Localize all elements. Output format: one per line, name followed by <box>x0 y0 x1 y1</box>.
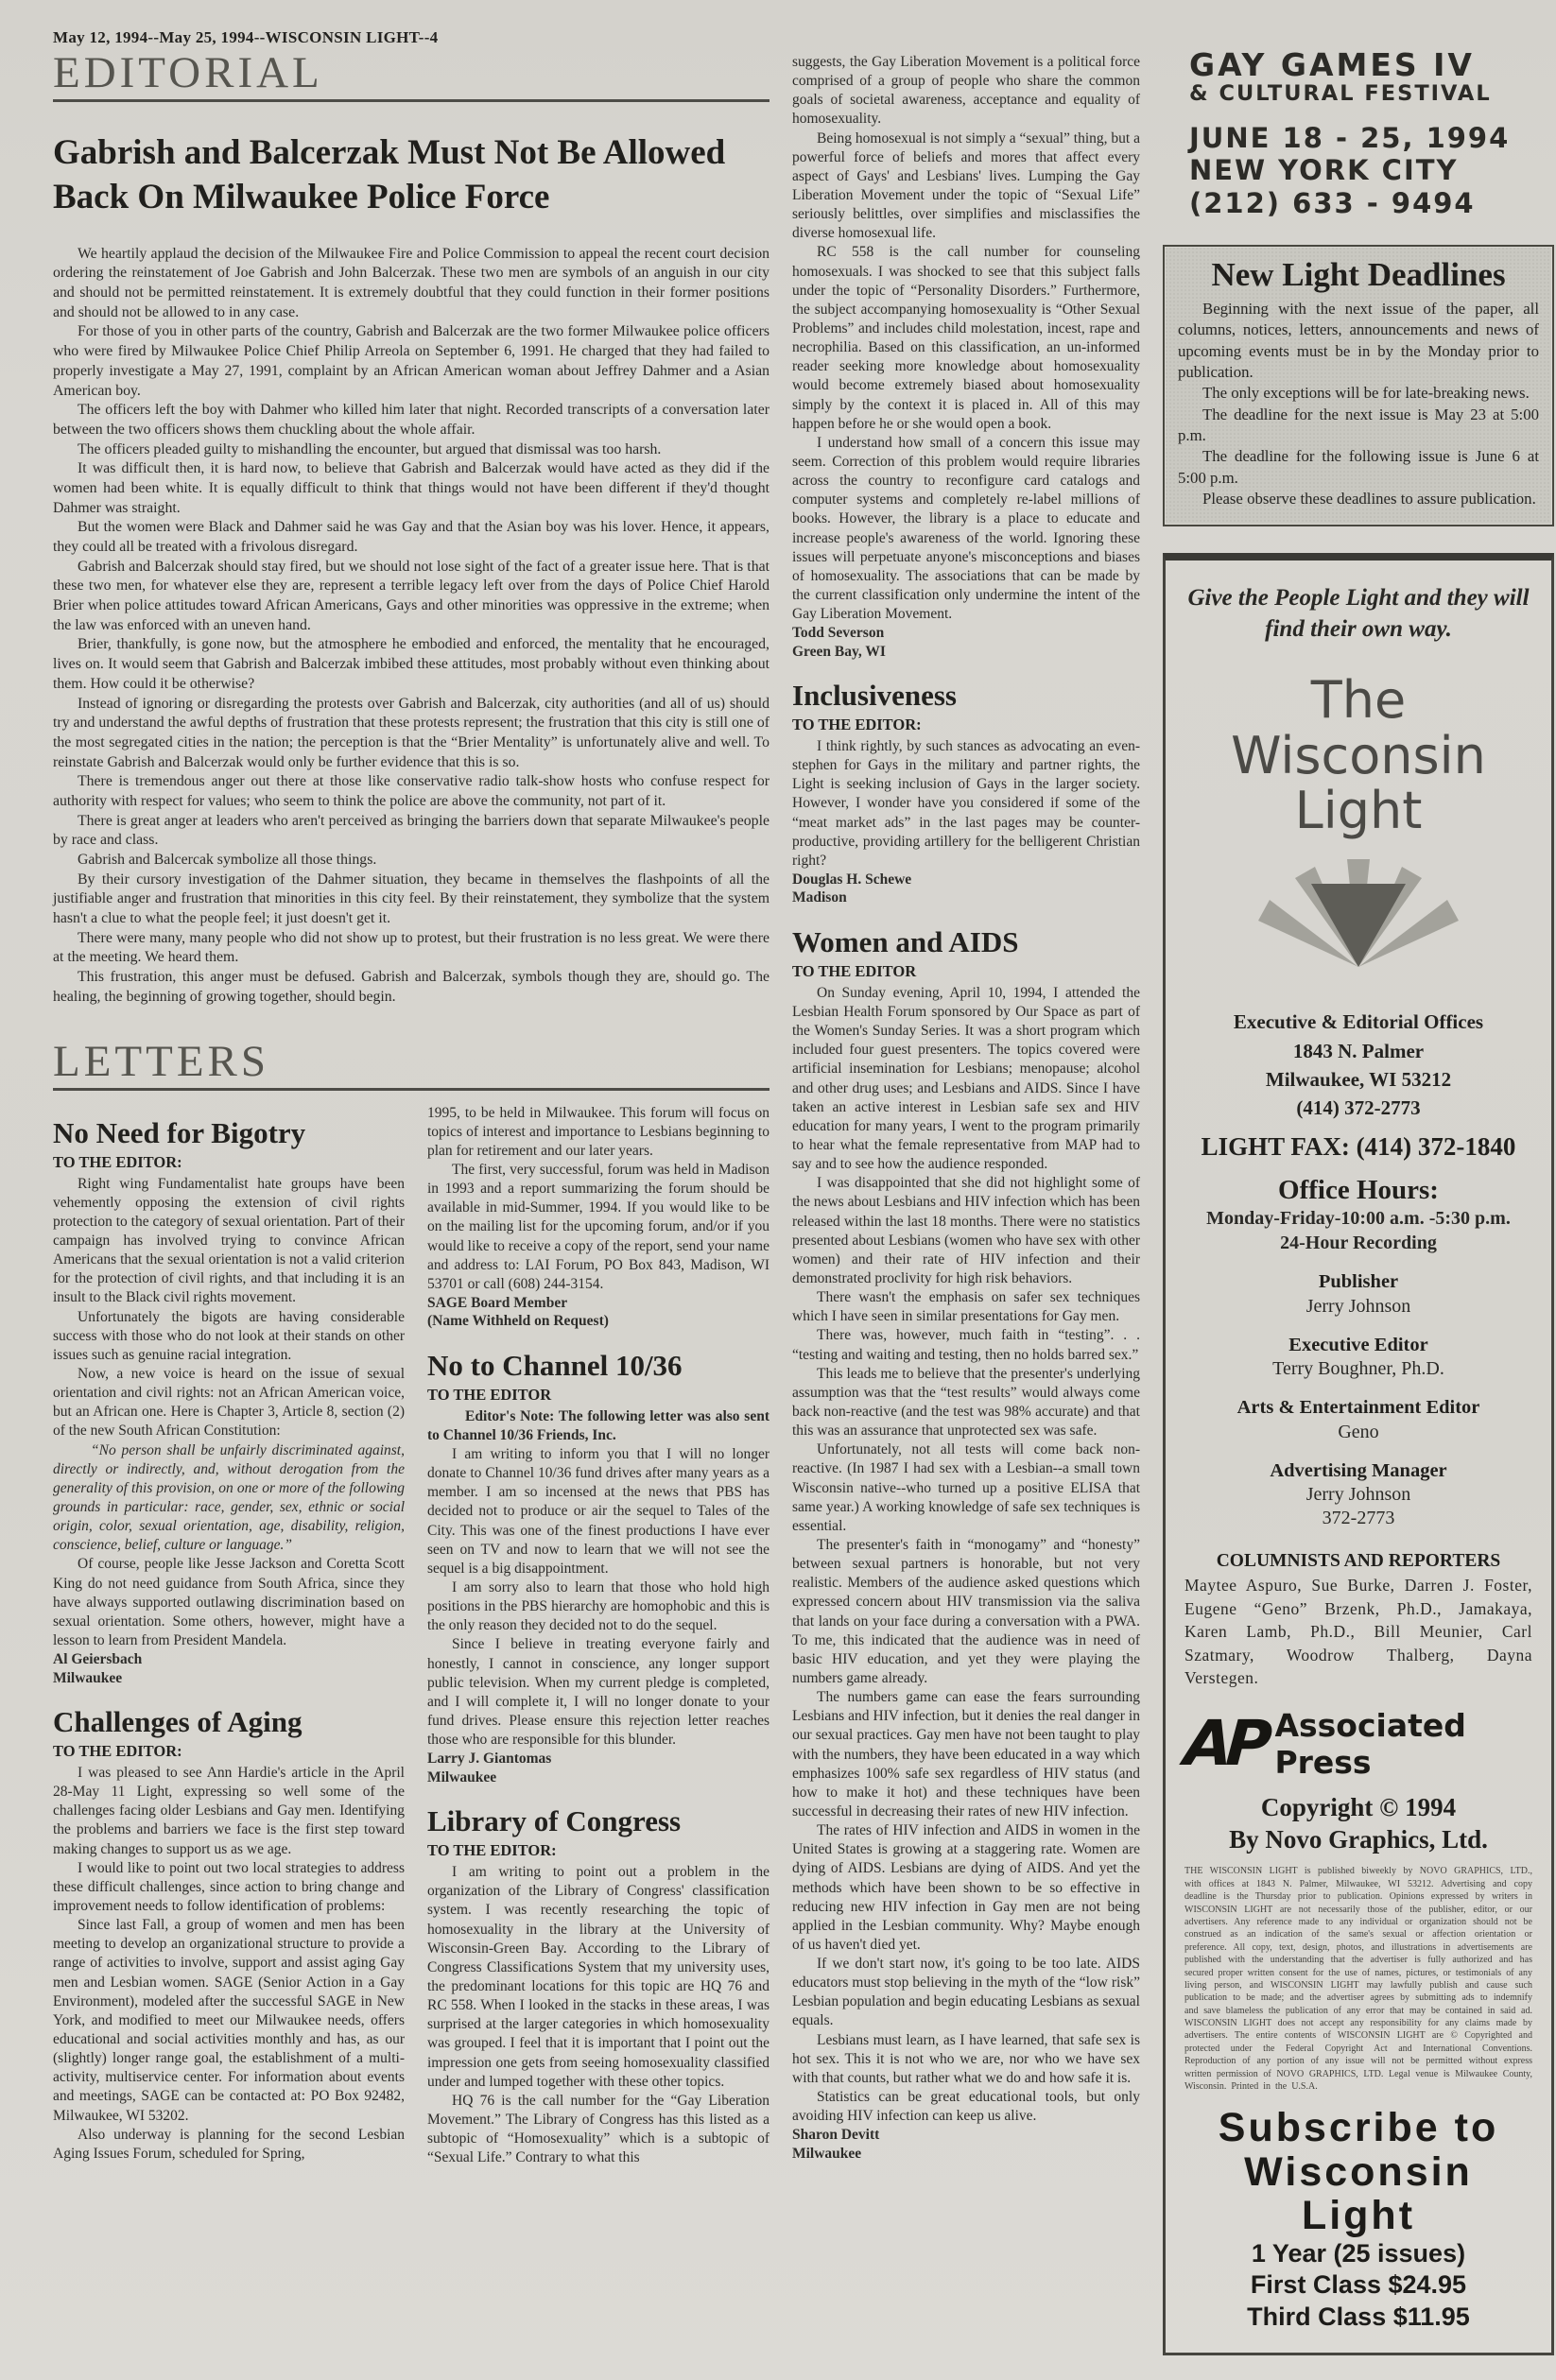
gay-games-ad: GAY GAMES IV & CULTURAL FESTIVAL JUNE 18… <box>1163 49 1554 220</box>
subscribe-price-third-class: Third Class $11.95 <box>1184 2302 1532 2334</box>
offices-title: Executive & Editorial Offices <box>1184 1008 1532 1036</box>
staff-role: Publisher <box>1184 1270 1532 1295</box>
ap-logo-icon: AP <box>1183 1717 1267 1770</box>
deadlines-body: Beginning with the next issue of the pap… <box>1178 299 1539 509</box>
logo-text: Light <box>1184 784 1532 838</box>
offices-phone: (414) 372-2773 <box>1184 1094 1532 1122</box>
paragraph: The only exceptions will be for late-bre… <box>1178 383 1539 404</box>
letter-body-bigotry: Right wing Fundamentalist hate groups ha… <box>53 1175 405 1441</box>
paragraph: The first, very successful, forum was he… <box>427 1161 769 1294</box>
subscribe-term: 1 Year (25 issues) <box>1184 2238 1532 2270</box>
copyright-block: Copyright © 1994 By Novo Graphics, Ltd. <box>1184 1792 1532 1856</box>
fax-line: LIGHT FAX: (414) 372-1840 <box>1184 1132 1532 1162</box>
paragraph: For those of you in other parts of the c… <box>53 322 769 401</box>
paragraph: It was difficult then, it is hard now, t… <box>53 459 769 518</box>
paragraph: Now, a new voice is heard on the issue o… <box>53 1365 405 1441</box>
signature-line: SAGE Board Member <box>427 1294 769 1312</box>
subscribe-title-line1: Subscribe to <box>1184 2106 1532 2149</box>
signature-library: Todd SeversonGreen Bay, WI <box>792 624 1140 661</box>
paragraph: I am sorry also to learn that those who … <box>427 1578 769 1635</box>
signature-line: Milwaukee <box>53 1669 405 1687</box>
signature-line: Sharon Devitt <box>792 2126 1140 2144</box>
staff-role: Executive Editor <box>1184 1334 1532 1358</box>
paragraph: I was disappointed that she did not high… <box>792 1174 1140 1288</box>
offices-address2: Milwaukee, WI 53212 <box>1184 1065 1532 1094</box>
gay-games-city: NEW YORK CITY <box>1189 154 1554 187</box>
paragraph: Since last Fall, a group of women and me… <box>53 1916 405 2126</box>
paragraph: The rates of HIV infection and AIDS in w… <box>792 1821 1140 1955</box>
salutation: TO THE EDITOR <box>427 1386 769 1405</box>
columnists-title: COLUMNISTS AND REPORTERS <box>1184 1551 1532 1572</box>
gay-games-phone: (212) 633 - 9494 <box>1189 187 1554 220</box>
staff-name: Terry Boughner, Ph.D. <box>1184 1357 1532 1381</box>
letters-columns: No Need for Bigotry TO THE EDITOR: Right… <box>53 1104 769 2168</box>
letter-title-women-aids: Women and AIDS <box>792 926 1140 958</box>
staff-executive-editor: Executive Editor Terry Boughner, Ph.D. <box>1184 1334 1532 1382</box>
sunburst-icon <box>1250 848 1467 975</box>
copyright-line2: By Novo Graphics, Ltd. <box>1184 1824 1532 1856</box>
paragraph: The numbers game can ease the fears surr… <box>792 1688 1140 1821</box>
paragraph: Lesbians must learn, as I have learned, … <box>792 2031 1140 2088</box>
gay-games-title: GAY GAMES IV <box>1189 49 1554 82</box>
columnists-list: Maytee Aspuro, Sue Burke, Darren J. Fost… <box>1184 1574 1532 1690</box>
paragraph: Please observe these deadlines to assure… <box>1178 489 1539 509</box>
editorial-rule <box>53 99 769 102</box>
office-hours-line2: 24-Hour Recording <box>1184 1231 1532 1255</box>
paragraph: This frustration, this anger must be def… <box>53 968 769 1007</box>
signature-line: Larry J. Giantomas <box>427 1750 769 1768</box>
paragraph: The officers left the boy with Dahmer wh… <box>53 401 769 440</box>
paragraph: Beginning with the next issue of the pap… <box>1178 299 1539 383</box>
wisconsin-light-logo: The Wisconsin Light <box>1184 673 1532 975</box>
staff-advertising-manager: Advertising Manager Jerry Johnson 372-27… <box>1184 1459 1532 1531</box>
logo-text: Wisconsin <box>1184 729 1532 784</box>
signature-line: Green Bay, WI <box>792 643 1140 661</box>
paragraph: By their cursory investigation of the Da… <box>53 871 769 929</box>
paragraph: There is tremendous anger out there at t… <box>53 772 769 811</box>
paragraph: The officers pleaded guilty to mishandli… <box>53 440 769 460</box>
letters-column-2: 1995, to be held in Milwaukee. This foru… <box>427 1104 769 2168</box>
signature-line: (Name Withheld on Request) <box>427 1312 769 1330</box>
copyright-line1: Copyright © 1994 <box>1184 1792 1532 1824</box>
salutation: TO THE EDITOR: <box>53 1153 405 1172</box>
paragraph: Of course, people like Jesse Jackson and… <box>53 1555 405 1650</box>
staff-arts-editor: Arts & Entertainment Editor Geno <box>1184 1396 1532 1444</box>
page-header: May 12, 1994--May 25, 1994--WISCONSIN LI… <box>53 28 769 47</box>
salutation: TO THE EDITOR <box>792 962 1140 981</box>
paragraph: The presenter's faith in “monogamy” and … <box>792 1536 1140 1688</box>
paragraph: 1995, to be held in Milwaukee. This foru… <box>427 1104 769 1161</box>
paragraph: Unfortunately, not all tests will come b… <box>792 1440 1140 1536</box>
paragraph: Being homosexual is not simply a “sexual… <box>792 129 1140 244</box>
sidebar: GAY GAMES IV & CULTURAL FESTIVAL JUNE 18… <box>1163 28 1554 2355</box>
signature-line: Douglas H. Schewe <box>792 871 1140 888</box>
ap-label: Associated Press <box>1274 1707 1532 1781</box>
letter-body-bigotry-after: Of course, people like Jesse Jackson and… <box>53 1555 405 1650</box>
paragraph: There were many, many people who did not… <box>53 929 769 968</box>
letter-body-library-continued: suggests, the Gay Liberation Movement is… <box>792 53 1140 624</box>
salutation: TO THE EDITOR: <box>792 716 1140 734</box>
staff-role: Arts & Entertainment Editor <box>1184 1396 1532 1421</box>
paragraph: Editor's Note: The following letter was … <box>427 1407 769 1445</box>
newspaper-page: May 12, 1994--May 25, 1994--WISCONSIN LI… <box>0 0 1556 2380</box>
letter-title-bigotry: No Need for Bigotry <box>53 1117 405 1149</box>
letter-title-inclusiveness: Inclusiveness <box>792 680 1140 712</box>
staff-role: Advertising Manager <box>1184 1459 1532 1484</box>
paragraph: Gabrish and Balcercak symbolize all thos… <box>53 851 769 871</box>
letter-body-library: I am writing to point out a problem in t… <box>427 1863 769 2167</box>
paragraph: I am writing to point out a problem in t… <box>427 1863 769 2092</box>
office-hours-line1: Monday-Friday-10:00 a.m. -5:30 p.m. <box>1184 1206 1532 1231</box>
salutation: TO THE EDITOR: <box>53 1742 405 1761</box>
gay-games-subtitle: & CULTURAL FESTIVAL <box>1189 82 1554 107</box>
subscribe-block: Subscribe to Wisconsin Light 1 Year (25 … <box>1184 2106 1532 2334</box>
letters-section-label: LETTERS <box>53 1040 769 1084</box>
masthead: Give the People Light and they will find… <box>1163 553 1554 2355</box>
paragraph: There was, however, much faith in “testi… <box>792 1326 1140 1364</box>
signature-line: Todd Severson <box>792 624 1140 642</box>
gay-games-dates: JUNE 18 - 25, 1994 <box>1189 122 1554 155</box>
paragraph: suggests, the Gay Liberation Movement is… <box>792 53 1140 129</box>
letters-column-3: suggests, the Gay Liberation Movement is… <box>792 28 1140 2355</box>
signature-line: Al Geiersbach <box>53 1650 405 1668</box>
staff-name: Jerry Johnson <box>1184 1483 1532 1507</box>
paragraph: Since I believe in treating everyone fai… <box>427 1635 769 1750</box>
masthead-motto: Give the People Light and they will find… <box>1184 583 1532 645</box>
paragraph: On Sunday evening, April 10, 1994, I att… <box>792 984 1140 1174</box>
paragraph: Brier, thankfully, is gone now, but the … <box>53 635 769 694</box>
letter-body-aging: I was pleased to see Ann Hardie's articl… <box>53 1764 405 2164</box>
paragraph: This leads me to believe that the presen… <box>792 1365 1140 1441</box>
letter-body-inclusiveness: I think rightly, by such stances as advo… <box>792 737 1140 871</box>
paragraph: There wasn't the emphasis on safer sex t… <box>792 1288 1140 1326</box>
signature-channel: Larry J. GiantomasMilwaukee <box>427 1750 769 1786</box>
editorial-section-label: EDITORIAL <box>53 51 769 95</box>
offices-address1: 1843 N. Palmer <box>1184 1037 1532 1065</box>
subscribe-price-first-class: First Class $24.95 <box>1184 2269 1532 2302</box>
staff-name: Jerry Johnson <box>1184 1295 1532 1319</box>
signature-line: Madison <box>792 888 1140 906</box>
logo-triangle <box>1311 884 1406 967</box>
letter-title-library: Library of Congress <box>427 1805 769 1837</box>
staff-phone: 372-2773 <box>1184 1507 1532 1530</box>
publication-fine-print: THE WISCONSIN LIGHT is published biweekl… <box>1184 1865 1532 2093</box>
paragraph: We heartily applaud the decision of the … <box>53 245 769 323</box>
paragraph: I understand how small of a concern this… <box>792 434 1140 624</box>
editorial-headline: Gabrish and Balcerzak Must Not Be Allowe… <box>53 130 734 220</box>
salutation: TO THE EDITOR: <box>427 1841 769 1860</box>
letter-title-aging: Challenges of Aging <box>53 1706 405 1738</box>
paragraph: Gabrish and Balcerzak should stay fired,… <box>53 558 769 636</box>
associated-press-row: AP Associated Press <box>1184 1707 1532 1781</box>
staff-name: Geno <box>1184 1421 1532 1444</box>
paragraph: I was pleased to see Ann Hardie's articl… <box>53 1764 405 1859</box>
subscribe-title-line2: Wisconsin Light <box>1184 2150 1532 2238</box>
paragraph: The deadline for the next issue is May 2… <box>1178 405 1539 447</box>
paragraph: The deadline for the following issue is … <box>1178 446 1539 489</box>
signature-inclusiveness: Douglas H. ScheweMadison <box>792 871 1140 907</box>
paragraph: HQ 76 is the call number for the “Gay Li… <box>427 2092 769 2168</box>
office-hours-title: Office Hours: <box>1184 1175 1532 1206</box>
signature-bigotry: Al GeiersbachMilwaukee <box>53 1650 405 1687</box>
paragraph: Unfortunately the bigots are having cons… <box>53 1308 405 1365</box>
editorial-body: We heartily applaud the decision of the … <box>53 245 769 1008</box>
paragraph: I think rightly, by such stances as advo… <box>792 737 1140 871</box>
deadlines-title: New Light Deadlines <box>1178 258 1539 291</box>
paragraph: Right wing Fundamentalist hate groups ha… <box>53 1175 405 1308</box>
letter-title-channel: No to Channel 10/36 <box>427 1350 769 1382</box>
paragraph: I am writing to inform you that I will n… <box>427 1445 769 1578</box>
paragraph: If we don't start now, it's going to be … <box>792 1955 1140 2031</box>
signature-aging: SAGE Board Member(Name Withheld on Reque… <box>427 1294 769 1331</box>
page-grid: May 12, 1994--May 25, 1994--WISCONSIN LI… <box>0 0 1556 2380</box>
letter-body-women-aids: On Sunday evening, April 10, 1994, I att… <box>792 984 1140 2126</box>
signature-line: Milwaukee <box>792 2145 1140 2163</box>
constitution-quote: “No person shall be unfairly discriminat… <box>53 1441 405 1556</box>
signature-women-aids: Sharon DevittMilwaukee <box>792 2126 1140 2163</box>
paragraph: Also underway is planning for the second… <box>53 2126 405 2164</box>
deadlines-box: New Light Deadlines Beginning with the n… <box>1163 245 1554 526</box>
letter-body-channel: Editor's Note: The following letter was … <box>427 1407 769 1751</box>
paragraph: Instead of ignoring or disregarding the … <box>53 695 769 773</box>
paragraph: Statistics can be great educational tool… <box>792 2088 1140 2126</box>
paragraph: RC 558 is the call number for counseling… <box>792 243 1140 433</box>
letters-column-1: No Need for Bigotry TO THE EDITOR: Right… <box>53 1104 405 2168</box>
staff-publisher: Publisher Jerry Johnson <box>1184 1270 1532 1319</box>
editorial-region: May 12, 1994--May 25, 1994--WISCONSIN LI… <box>53 28 769 2355</box>
signature-line: Milwaukee <box>427 1768 769 1786</box>
letters-rule <box>53 1088 769 1091</box>
paragraph: I would like to point out two local stra… <box>53 1859 405 1916</box>
offices-block: Executive & Editorial Offices 1843 N. Pa… <box>1184 1008 1532 1123</box>
paragraph: There is great anger at leaders who aren… <box>53 812 769 851</box>
paragraph: But the women were Black and Dahmer said… <box>53 518 769 557</box>
logo-text: The <box>1184 673 1532 728</box>
letter-body-aging-continued: 1995, to be held in Milwaukee. This foru… <box>427 1104 769 1294</box>
